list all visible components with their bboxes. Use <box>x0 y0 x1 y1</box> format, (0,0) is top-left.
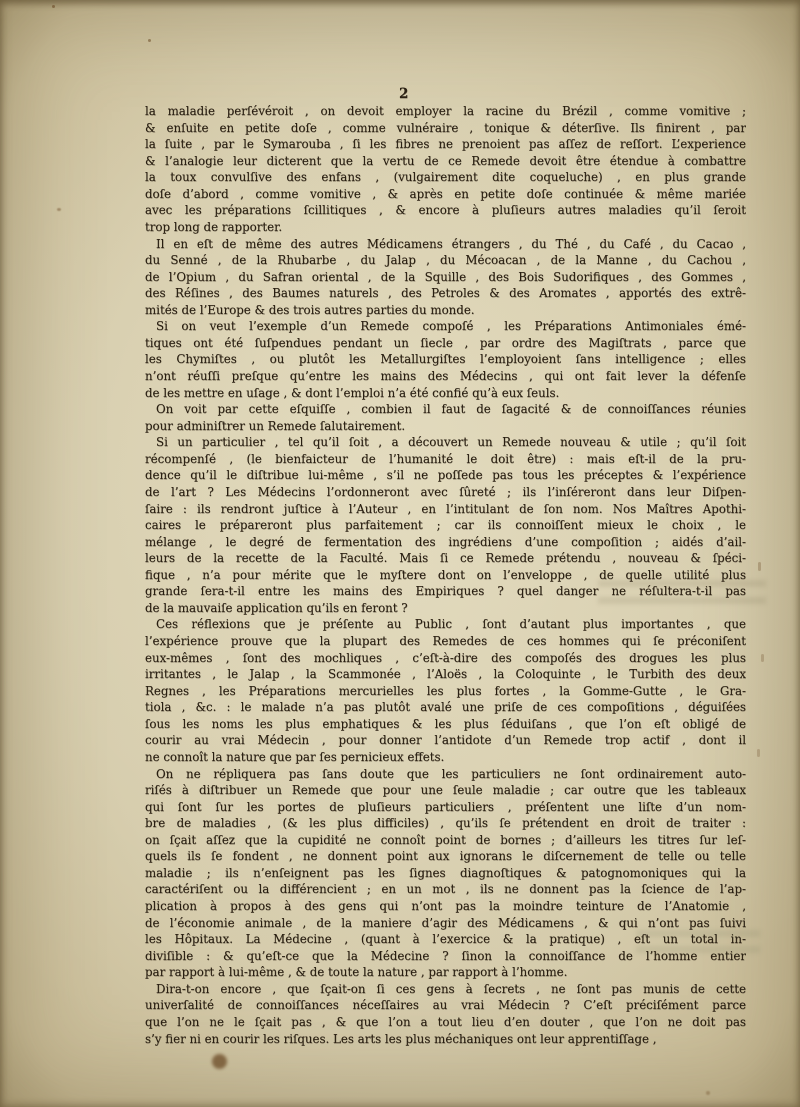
text-line: les Chymiſtes , ou plutôt les Metallurgi… <box>145 351 746 368</box>
text-line: de l’Opium , du Safran oriental , de la … <box>145 269 746 286</box>
text-line: Il en eſt de même des autres Médicamens … <box>145 236 746 253</box>
text-line: par rapport à lui-même , & de toute la n… <box>145 964 746 981</box>
text-line: riſés à diſtribuer un Remede que pour un… <box>145 782 746 799</box>
text-line: courir au vrai Médecin , pour donner l’a… <box>145 732 746 749</box>
text-line: l’expérience prouve que la plupart des R… <box>145 633 746 650</box>
text-line: ſous les noms les plus emphatiques & les… <box>145 716 746 733</box>
text-line: diviſible : & qu’eſt-ce que la Médecine … <box>145 948 746 965</box>
margin-mark <box>757 749 760 757</box>
text-line: on ſçait aſſez que la cupidité ne connoî… <box>145 832 746 849</box>
text-line: s’y fier ni en courir les riſques. Les a… <box>145 1031 746 1048</box>
page-number: 2 <box>399 86 408 102</box>
ink-stain <box>212 1054 227 1069</box>
text-line: de la mauvaiſe application qu’ils en fer… <box>145 600 746 617</box>
paper-speck <box>52 5 55 8</box>
text-line: pour adminiſtrer un Remede ſalutairement… <box>145 418 746 435</box>
text-line: On ne répliquera pas ſans doute que les … <box>145 766 746 783</box>
text-line: récompenſé , (le bienfaicteur de l’human… <box>145 451 746 468</box>
text-line: Ces réflexions que je préſente au Public… <box>145 616 746 633</box>
text-line: de l’art ? Les Médecins l’ordonneront av… <box>145 484 746 501</box>
text-line: maladie ; ils n’enſeignent pas les ſigne… <box>145 865 746 882</box>
text-line: irritantes , le Jalap , la Scammonée , l… <box>145 666 746 683</box>
text-line: & enſuite en petite doſe , comme vulnéra… <box>145 120 746 137</box>
text-line: Si on veut l’exemple d’un Remede compoſé… <box>145 318 746 335</box>
text-line: mélange , le degré de fermentation des i… <box>145 534 746 551</box>
text-line: ne connoît la nature que par ſes pernici… <box>145 749 746 766</box>
text-line: tiques ont été ſuſpendues pendant un ſie… <box>145 335 746 352</box>
text-line: avec les préparations ſcillitiques , & e… <box>145 202 746 219</box>
text-line: ſaire : ils rendront juſtice à l’Auteur … <box>145 501 746 518</box>
text-line: des Réſines , des Baumes naturels , des … <box>145 285 746 302</box>
text-line: leurs de la recette de la Faculté. Mais … <box>145 550 746 567</box>
text-line: la ſuite , par le Symarouba , ſi les fib… <box>145 136 746 153</box>
text-line: univerſalité de connoiſſances néceſſaire… <box>145 997 746 1014</box>
text-line: la toux convulſive des enfans , (vulgair… <box>145 169 746 186</box>
text-line: grande ſera-t-il entre les mains des Emp… <box>145 583 746 600</box>
text-line: On voit par cette eſquiſſe , combien il … <box>145 401 746 418</box>
text-line: bre de maladies , (& les plus difficiles… <box>145 815 746 832</box>
text-line: du Senné , de la Rhubarbe , du Jalap , d… <box>145 252 746 269</box>
paper-speck <box>706 1091 710 1095</box>
paper-speck <box>148 39 151 42</box>
text-line: n’ont réuſſi preſque qu’entre les mains … <box>145 368 746 385</box>
text-line: fique , n’a pour mérite que le myſtere d… <box>145 567 746 584</box>
text-line: doſe d’abord , comme vomitive , & après … <box>145 186 746 203</box>
text-line: trop long de rapporter. <box>145 219 746 236</box>
text-line: plication à propos à des gens qui n’ont … <box>145 898 746 915</box>
text-line: mités de l’Europe & des trois autres par… <box>145 302 746 319</box>
text-line: les Hôpitaux. La Médecine , (quant à l’e… <box>145 931 746 948</box>
text-line: Regnes , les Préparations mercurielles l… <box>145 683 746 700</box>
text-line: de l’économie animale , de la maniere d’… <box>145 915 746 932</box>
text-line: Dira-t-on encore , que ſçait-on ſi ces g… <box>145 981 746 998</box>
text-line: de les mettre en uſage , & dont l’emploi… <box>145 385 746 402</box>
text-line: Si un particulier , tel qu’il ſoit , a d… <box>145 434 746 451</box>
text-line: tiola , &c. : le malade n’a pas plutôt a… <box>145 699 746 716</box>
margin-mark <box>758 562 761 571</box>
text-line: eux-mêmes , ſont des mochliques , c’eſt-… <box>145 650 746 667</box>
book-page: 2 la maladie perſévéroit , on devoit emp… <box>0 0 800 1107</box>
text-line: qui ſont ſur les portes de pluſieurs par… <box>145 799 746 816</box>
paper-speck <box>57 208 61 211</box>
text-line: dence qu’il le diſtribue lui-même , s’il… <box>145 467 746 484</box>
text-line: la maladie perſévéroit , on devoit emplo… <box>145 103 746 120</box>
text-line: & l’analogie leur dicterent que la vertu… <box>145 153 746 170</box>
text-line: que l’on ne le ſçait pas , & que l’on a … <box>145 1014 746 1031</box>
text-line: quels ils ſe fondent , ne donnent point … <box>145 848 746 865</box>
text-line: caractériſent ou la différencient ; en u… <box>145 881 746 898</box>
margin-mark <box>761 654 764 662</box>
text-line: caires le prépareront plus parfaitement … <box>145 517 746 534</box>
text-block: la maladie perſévéroit , on devoit emplo… <box>145 103 746 1047</box>
